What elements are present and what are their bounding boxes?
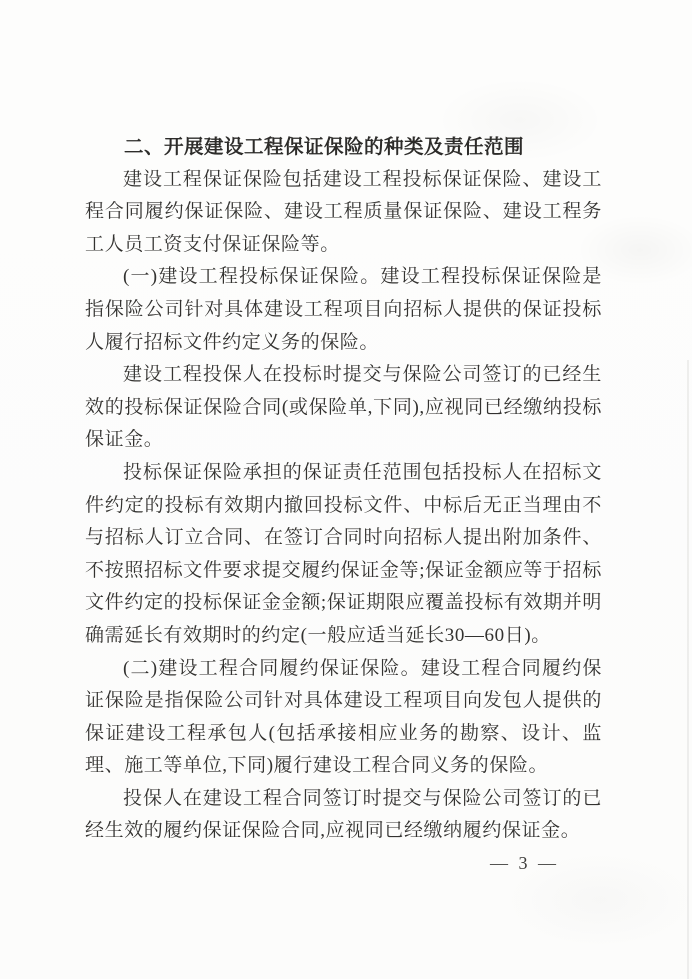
paragraph: (一)建设工程投标保证保险。建设工程投标保证保险是指保险公司针对具体建设工程项目…: [85, 261, 602, 359]
paragraph: 投标保证保险承担的保证责任范围包括投标人在招标文件约定的投标有效期内撤回投标文件…: [85, 457, 602, 653]
paragraph: (二)建设工程合同履约保证保险。建设工程合同履约保证保险是指保险公司针对具体建设…: [85, 653, 602, 783]
paragraph: 建设工程保证保险包括建设工程投标保证保险、建设工程合同履约保证保险、建设工程质量…: [85, 164, 602, 262]
paragraph: 建设工程投保人在投标时提交与保险公司签订的已经生效的投标保证保险合同(或保险单,…: [85, 359, 602, 457]
page-number: — 3 —: [85, 853, 602, 874]
scanned-document-page: 二、开展建设工程保证保险的种类及责任范围 建设工程保证保险包括建设工程投标保证保…: [0, 0, 692, 979]
section-heading: 二、开展建设工程保证保险的种类及责任范围: [85, 131, 602, 164]
document-body: 二、开展建设工程保证保险的种类及责任范围 建设工程保证保险包括建设工程投标保证保…: [85, 131, 602, 874]
paragraph: 投保人在建设工程合同签订时提交与保险公司签订的已经生效的履约保证保险合同,应视同…: [85, 783, 602, 848]
